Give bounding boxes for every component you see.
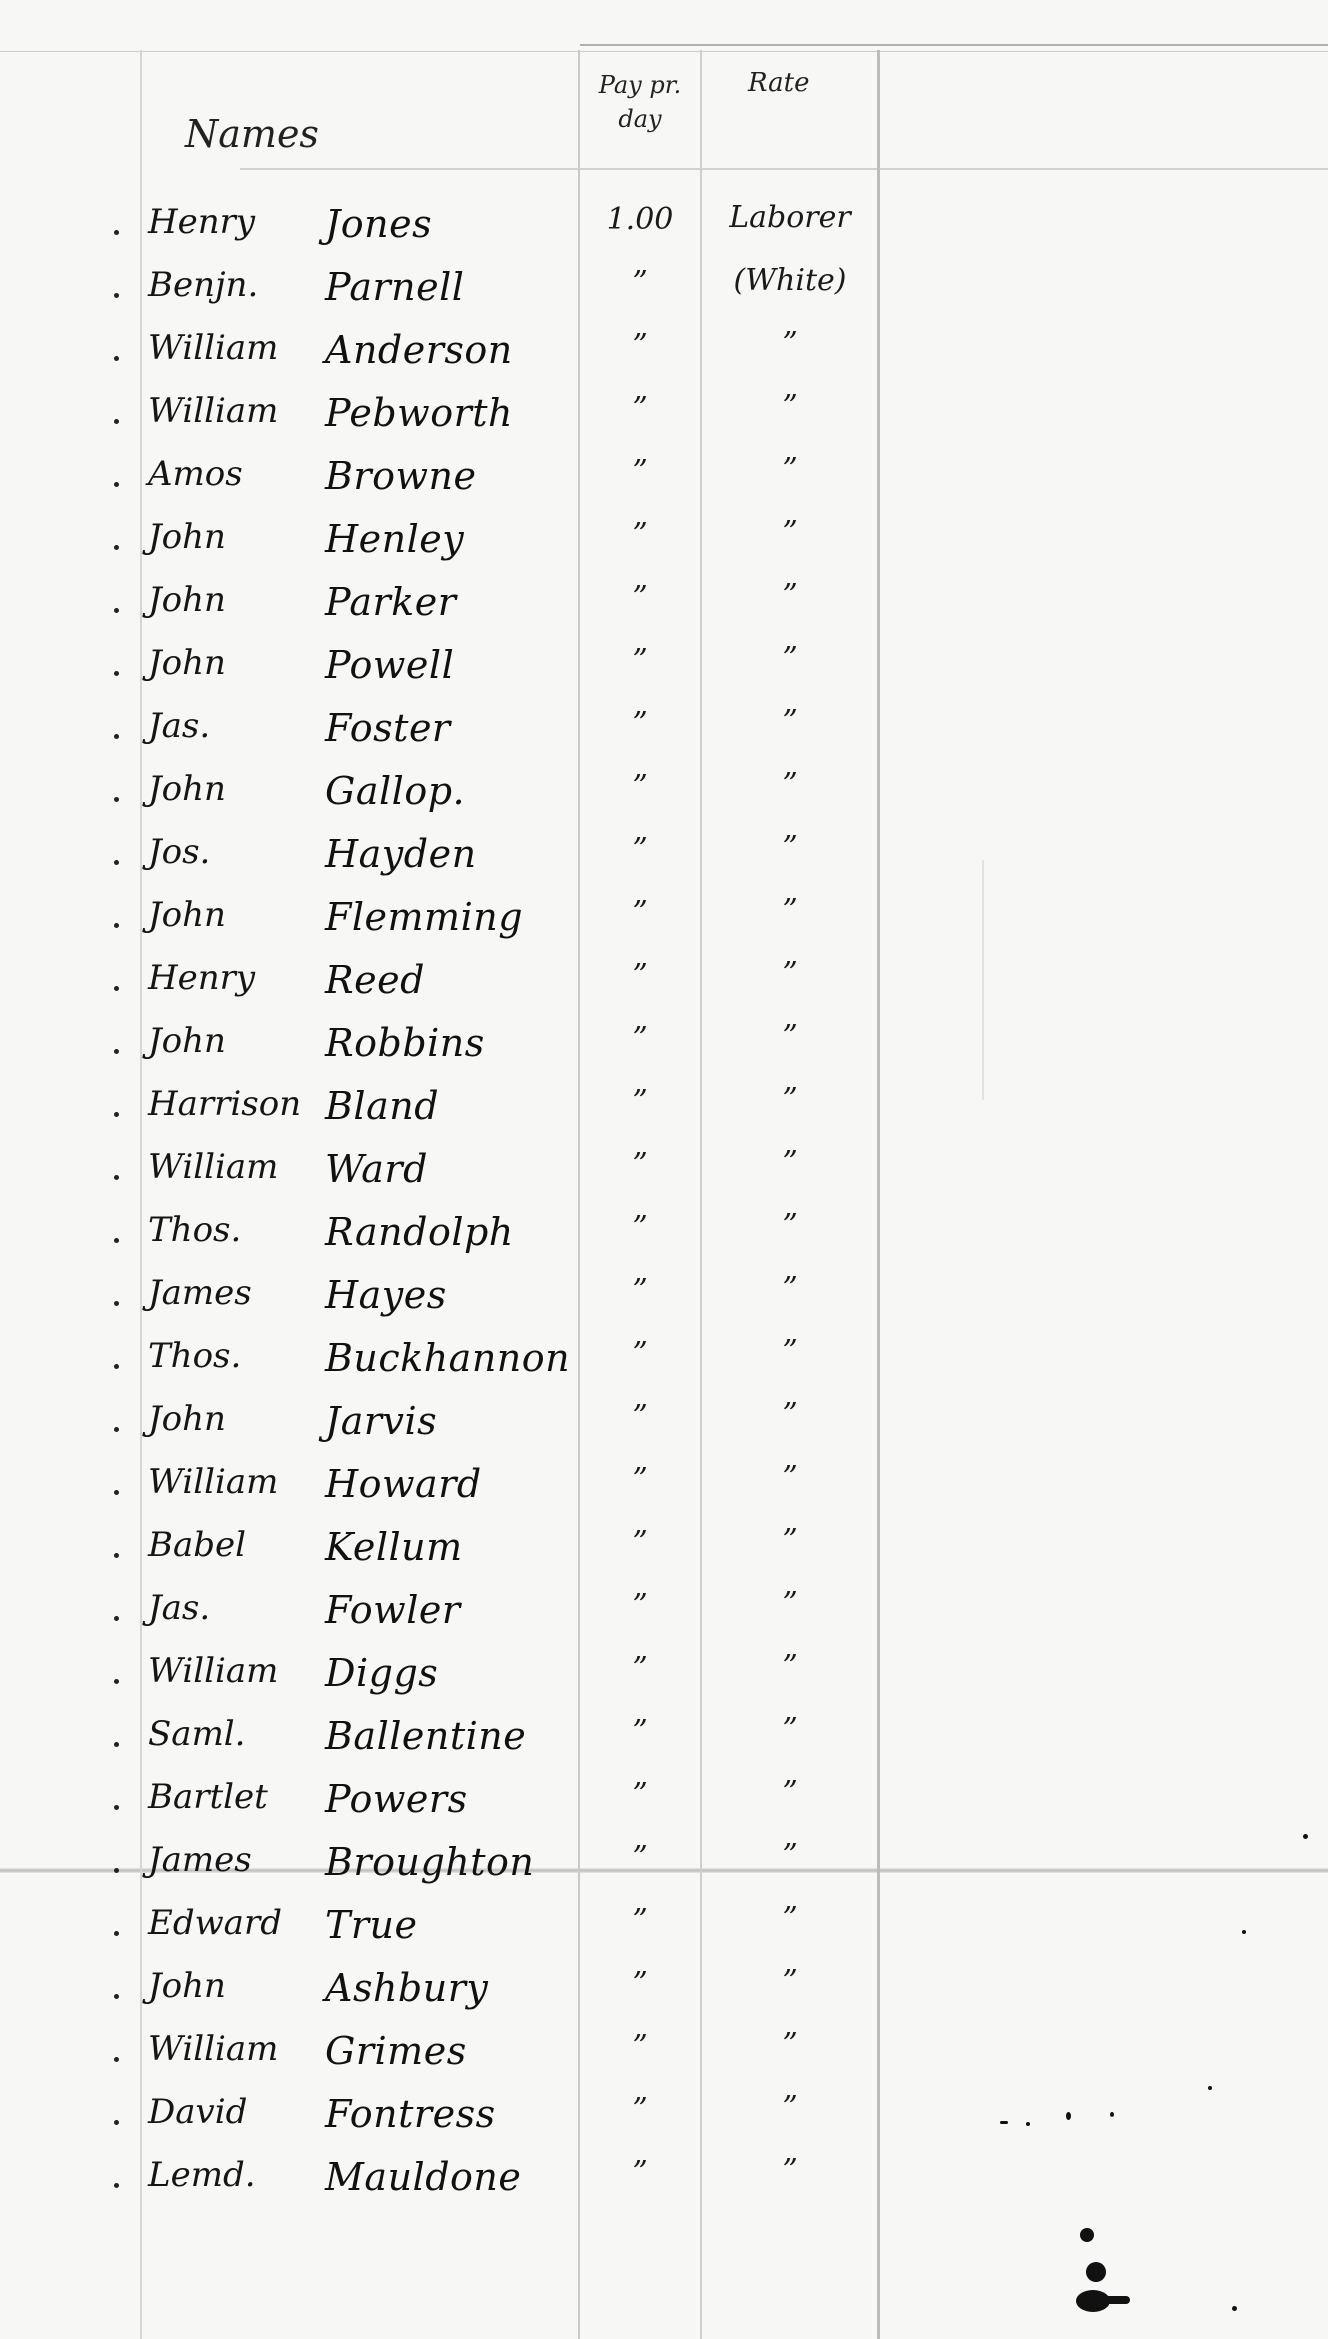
- first-name: William: [148, 391, 278, 431]
- first-name: Jas.: [148, 706, 210, 746]
- ink-speck: [1242, 1930, 1246, 1934]
- row-tick-mark: [114, 545, 119, 550]
- row-tick-mark: [114, 1616, 119, 1621]
- row-tick-mark: [114, 1805, 119, 1810]
- rate-value: ”: [705, 830, 875, 865]
- rate-value: ”: [705, 1334, 875, 1369]
- row-tick-mark: [114, 356, 119, 361]
- rate-value: ”: [705, 326, 875, 361]
- last-name: Anderson: [325, 328, 513, 372]
- ledger-row: DavidFontress””: [0, 2086, 878, 2149]
- rate-value: ”: [705, 1208, 875, 1243]
- pay-value: ”: [600, 580, 680, 615]
- pay-value: ”: [600, 517, 680, 552]
- rate-value: ”: [705, 1145, 875, 1180]
- first-name: David: [148, 2092, 247, 2132]
- pay-value: ”: [600, 1840, 680, 1875]
- pay-value: ”: [600, 706, 680, 741]
- first-name: Jas.: [148, 1588, 210, 1628]
- rate-value: ”: [705, 1082, 875, 1117]
- rate-value: ”: [705, 1586, 875, 1621]
- ledger-row: JohnAshbury””: [0, 1960, 878, 2023]
- last-name: Flemming: [325, 895, 523, 939]
- last-name: Hayden: [325, 832, 477, 876]
- row-tick-mark: [114, 923, 119, 928]
- last-name: Henley: [325, 517, 464, 561]
- last-name: Hayes: [325, 1273, 447, 1317]
- last-name: Fontress: [325, 2092, 496, 2136]
- ledger-row: HenryJones1.00Laborer: [0, 196, 878, 259]
- row-tick-mark: [114, 1868, 119, 1873]
- last-name: Powers: [325, 1777, 468, 1821]
- top-rule-secondary: [0, 51, 1328, 52]
- first-name: Lemd.: [148, 2155, 256, 2195]
- pay-value: ”: [600, 2155, 680, 2190]
- row-tick-mark: [114, 2183, 119, 2188]
- ledger-row: HenryReed””: [0, 952, 878, 1015]
- last-name: Fowler: [325, 1588, 461, 1632]
- first-name: Bartlet: [148, 1777, 268, 1817]
- top-rule: [580, 44, 1328, 46]
- row-tick-mark: [114, 1490, 119, 1495]
- ledger-row: JohnJarvis””: [0, 1393, 878, 1456]
- rate-value: ”: [705, 893, 875, 928]
- ledger-row: JohnParker””: [0, 574, 878, 637]
- pay-per-day-column-header: Pay pr. day: [590, 68, 690, 136]
- pay-value: ”: [600, 2092, 680, 2127]
- rate-column-header: Rate: [748, 68, 810, 98]
- pay-value: ”: [600, 1273, 680, 1308]
- pay-value: ”: [600, 1210, 680, 1245]
- last-name: Bland: [325, 1084, 439, 1128]
- rate-value: ”: [705, 2153, 875, 2188]
- first-name: James: [148, 1840, 252, 1880]
- ledger-row: EdwardTrue””: [0, 1897, 878, 1960]
- ledger-row: BabelKellum””: [0, 1519, 878, 1582]
- ink-blot: [1102, 2296, 1130, 2304]
- first-name: John: [148, 517, 226, 557]
- first-name: Thos.: [148, 1210, 241, 1250]
- first-name: Saml.: [148, 1714, 245, 1754]
- ledger-row: Thos.Randolph””: [0, 1204, 878, 1267]
- last-name: Powell: [325, 643, 454, 687]
- ink-speck: [1110, 2112, 1114, 2117]
- row-tick-mark: [114, 734, 119, 739]
- row-tick-mark: [114, 1238, 119, 1243]
- row-tick-mark: [114, 1175, 119, 1180]
- ink-speck: [1303, 1834, 1308, 1839]
- ink-speck: [1208, 2086, 1212, 2090]
- rate-value: ”: [705, 1901, 875, 1936]
- ledger-row: JohnFlemming””: [0, 889, 878, 952]
- first-name: John: [148, 769, 226, 809]
- first-name: John: [148, 1399, 226, 1439]
- pay-value: ”: [600, 1525, 680, 1560]
- last-name: Robbins: [325, 1021, 485, 1065]
- row-tick-mark: [114, 2120, 119, 2125]
- pay-value: ”: [600, 1966, 680, 2001]
- ledger-row: Thos.Buckhannon””: [0, 1330, 878, 1393]
- ledger-row: WilliamWard””: [0, 1141, 878, 1204]
- last-name: Mauldone: [325, 2155, 521, 2199]
- row-tick-mark: [114, 1679, 119, 1684]
- header-underline: [240, 168, 1328, 170]
- ledger-row: WilliamPebworth””: [0, 385, 878, 448]
- row-tick-mark: [114, 1049, 119, 1054]
- rate-value: ”: [705, 641, 875, 676]
- first-name: Henry: [148, 958, 255, 998]
- first-name: William: [148, 1147, 278, 1187]
- rate-value: ”: [705, 767, 875, 802]
- pay-value: ”: [600, 328, 680, 363]
- ledger-row: Jas.Foster””: [0, 700, 878, 763]
- ink-speck: [1066, 2112, 1071, 2120]
- rate-value: ”: [705, 578, 875, 613]
- rate-value: ”: [705, 1712, 875, 1747]
- ink-speck: [1232, 2306, 1237, 2311]
- rate-value: ”: [705, 2090, 875, 2125]
- row-tick-mark: [114, 986, 119, 991]
- ledger-row: JamesBroughton””: [0, 1834, 878, 1897]
- first-name: William: [148, 2029, 278, 2069]
- first-name: William: [148, 1651, 278, 1691]
- last-name: Foster: [325, 706, 451, 750]
- ledger-row: Lemd.Mauldone””: [0, 2149, 878, 2212]
- first-name: Jos.: [148, 832, 210, 872]
- rate-value: ”: [705, 1775, 875, 1810]
- pay-value: ”: [600, 832, 680, 867]
- last-name: Howard: [325, 1462, 482, 1506]
- ledger-row: Jos.Hayden””: [0, 826, 878, 889]
- row-tick-mark: [114, 1427, 119, 1432]
- row-tick-mark: [114, 1742, 119, 1747]
- ledger-row: Saml.Ballentine””: [0, 1708, 878, 1771]
- rate-value: (White): [705, 263, 875, 298]
- row-tick-mark: [114, 671, 119, 676]
- pay-value: ”: [600, 1147, 680, 1182]
- ledger-row: Benjn.Parnell”(White): [0, 259, 878, 322]
- pay-value: ”: [600, 958, 680, 993]
- pay-value: ”: [600, 1588, 680, 1623]
- row-tick-mark: [114, 608, 119, 613]
- row-tick-mark: [114, 1301, 119, 1306]
- pay-value: ”: [600, 391, 680, 426]
- first-name: Thos.: [148, 1336, 241, 1376]
- last-name: Randolph: [325, 1210, 514, 1254]
- row-tick-mark: [114, 1112, 119, 1117]
- last-name: Ballentine: [325, 1714, 526, 1758]
- last-name: Reed: [325, 958, 425, 1002]
- rate-value: ”: [705, 1649, 875, 1684]
- pay-value: ”: [600, 1084, 680, 1119]
- row-tick-mark: [114, 1931, 119, 1936]
- last-name: Jones: [325, 202, 432, 246]
- first-name: James: [148, 1273, 252, 1313]
- rate-value: ”: [705, 1838, 875, 1873]
- ledger-row: WilliamAnderson””: [0, 322, 878, 385]
- pay-value: ”: [600, 1462, 680, 1497]
- last-name: Broughton: [325, 1840, 534, 1884]
- last-name: Grimes: [325, 2029, 467, 2073]
- pay-value: ”: [600, 1903, 680, 1938]
- ledger-row: JohnRobbins””: [0, 1015, 878, 1078]
- rate-value: ”: [705, 704, 875, 739]
- ledger-row: WilliamGrimes””: [0, 2023, 878, 2086]
- ledger-row: JohnPowell””: [0, 637, 878, 700]
- rate-value: ”: [705, 1271, 875, 1306]
- last-name: Diggs: [325, 1651, 438, 1695]
- rate-value: ”: [705, 1460, 875, 1495]
- first-name: Edward: [148, 1903, 282, 1943]
- first-name: John: [148, 580, 226, 620]
- last-name: True: [325, 1903, 417, 1947]
- rate-value: Laborer: [705, 200, 875, 235]
- first-name: John: [148, 1966, 226, 2006]
- pay-value: ”: [600, 1777, 680, 1812]
- last-name: Pebworth: [325, 391, 513, 435]
- row-tick-mark: [114, 1364, 119, 1369]
- first-name: John: [148, 895, 226, 935]
- ink-blot: [1086, 2262, 1106, 2282]
- row-tick-mark: [114, 482, 119, 487]
- last-name: Ashbury: [325, 1966, 488, 2010]
- rate-value: ”: [705, 956, 875, 991]
- first-name: William: [148, 1462, 278, 1502]
- row-tick-mark: [114, 1553, 119, 1558]
- ledger-page: Names Pay pr. day Rate HenryJones1.00Lab…: [0, 0, 1328, 2339]
- pay-value: ”: [600, 454, 680, 489]
- pay-value: ”: [600, 1336, 680, 1371]
- row-tick-mark: [114, 230, 119, 235]
- last-name: Kellum: [325, 1525, 463, 1569]
- ledger-row: WilliamDiggs””: [0, 1645, 878, 1708]
- ledger-row: JohnGallop.””: [0, 763, 878, 826]
- last-name: Browne: [325, 454, 476, 498]
- ledger-row: JamesHayes””: [0, 1267, 878, 1330]
- rate-value: ”: [705, 1019, 875, 1054]
- row-tick-mark: [114, 419, 119, 424]
- pay-value: ”: [600, 1714, 680, 1749]
- row-tick-mark: [114, 293, 119, 298]
- pay-value: ”: [600, 769, 680, 804]
- pay-value: ”: [600, 895, 680, 930]
- ledger-row: WilliamHoward””: [0, 1456, 878, 1519]
- last-name: Buckhannon: [325, 1336, 570, 1380]
- pay-value: 1.00: [600, 202, 680, 237]
- first-name: John: [148, 643, 226, 683]
- last-name: Jarvis: [325, 1399, 437, 1443]
- row-tick-mark: [114, 860, 119, 865]
- last-name: Parnell: [325, 265, 464, 309]
- rate-value: ”: [705, 515, 875, 550]
- last-name: Ward: [325, 1147, 428, 1191]
- last-name: Gallop.: [325, 769, 465, 813]
- pay-value: ”: [600, 643, 680, 678]
- ledger-row: BartletPowers””: [0, 1771, 878, 1834]
- ink-blot: [1080, 2228, 1094, 2242]
- first-name: William: [148, 328, 278, 368]
- row-tick-mark: [114, 1994, 119, 1999]
- ledger-row: AmosBrowne””: [0, 448, 878, 511]
- pay-value: ”: [600, 265, 680, 300]
- ledger-row: JohnHenley””: [0, 511, 878, 574]
- ledger-row: HarrisonBland””: [0, 1078, 878, 1141]
- names-list: HenryJones1.00Laborer Benjn.Parnell”(Whi…: [0, 196, 878, 2212]
- first-name: John: [148, 1021, 226, 1061]
- first-name: Babel: [148, 1525, 246, 1565]
- row-tick-mark: [114, 2057, 119, 2062]
- last-name: Parker: [325, 580, 456, 624]
- ink-speck: [1026, 2122, 1030, 2126]
- rate-value: ”: [705, 389, 875, 424]
- first-name: Henry: [148, 202, 255, 242]
- row-tick-mark: [114, 797, 119, 802]
- rate-value: ”: [705, 1523, 875, 1558]
- faint-mark: [982, 860, 984, 1100]
- names-column-header: Names: [185, 112, 319, 156]
- rate-value: ”: [705, 1964, 875, 1999]
- pay-value: ”: [600, 1399, 680, 1434]
- ink-speck: [1000, 2121, 1008, 2124]
- rate-value: ”: [705, 1397, 875, 1432]
- pay-value: ”: [600, 2029, 680, 2064]
- pay-value: ”: [600, 1651, 680, 1686]
- ledger-row: Jas.Fowler””: [0, 1582, 878, 1645]
- first-name: Harrison: [148, 1084, 301, 1124]
- rate-value: ”: [705, 2027, 875, 2062]
- rate-value: ”: [705, 452, 875, 487]
- first-name: Benjn.: [148, 265, 258, 305]
- pay-value: ”: [600, 1021, 680, 1056]
- first-name: Amos: [148, 454, 243, 494]
